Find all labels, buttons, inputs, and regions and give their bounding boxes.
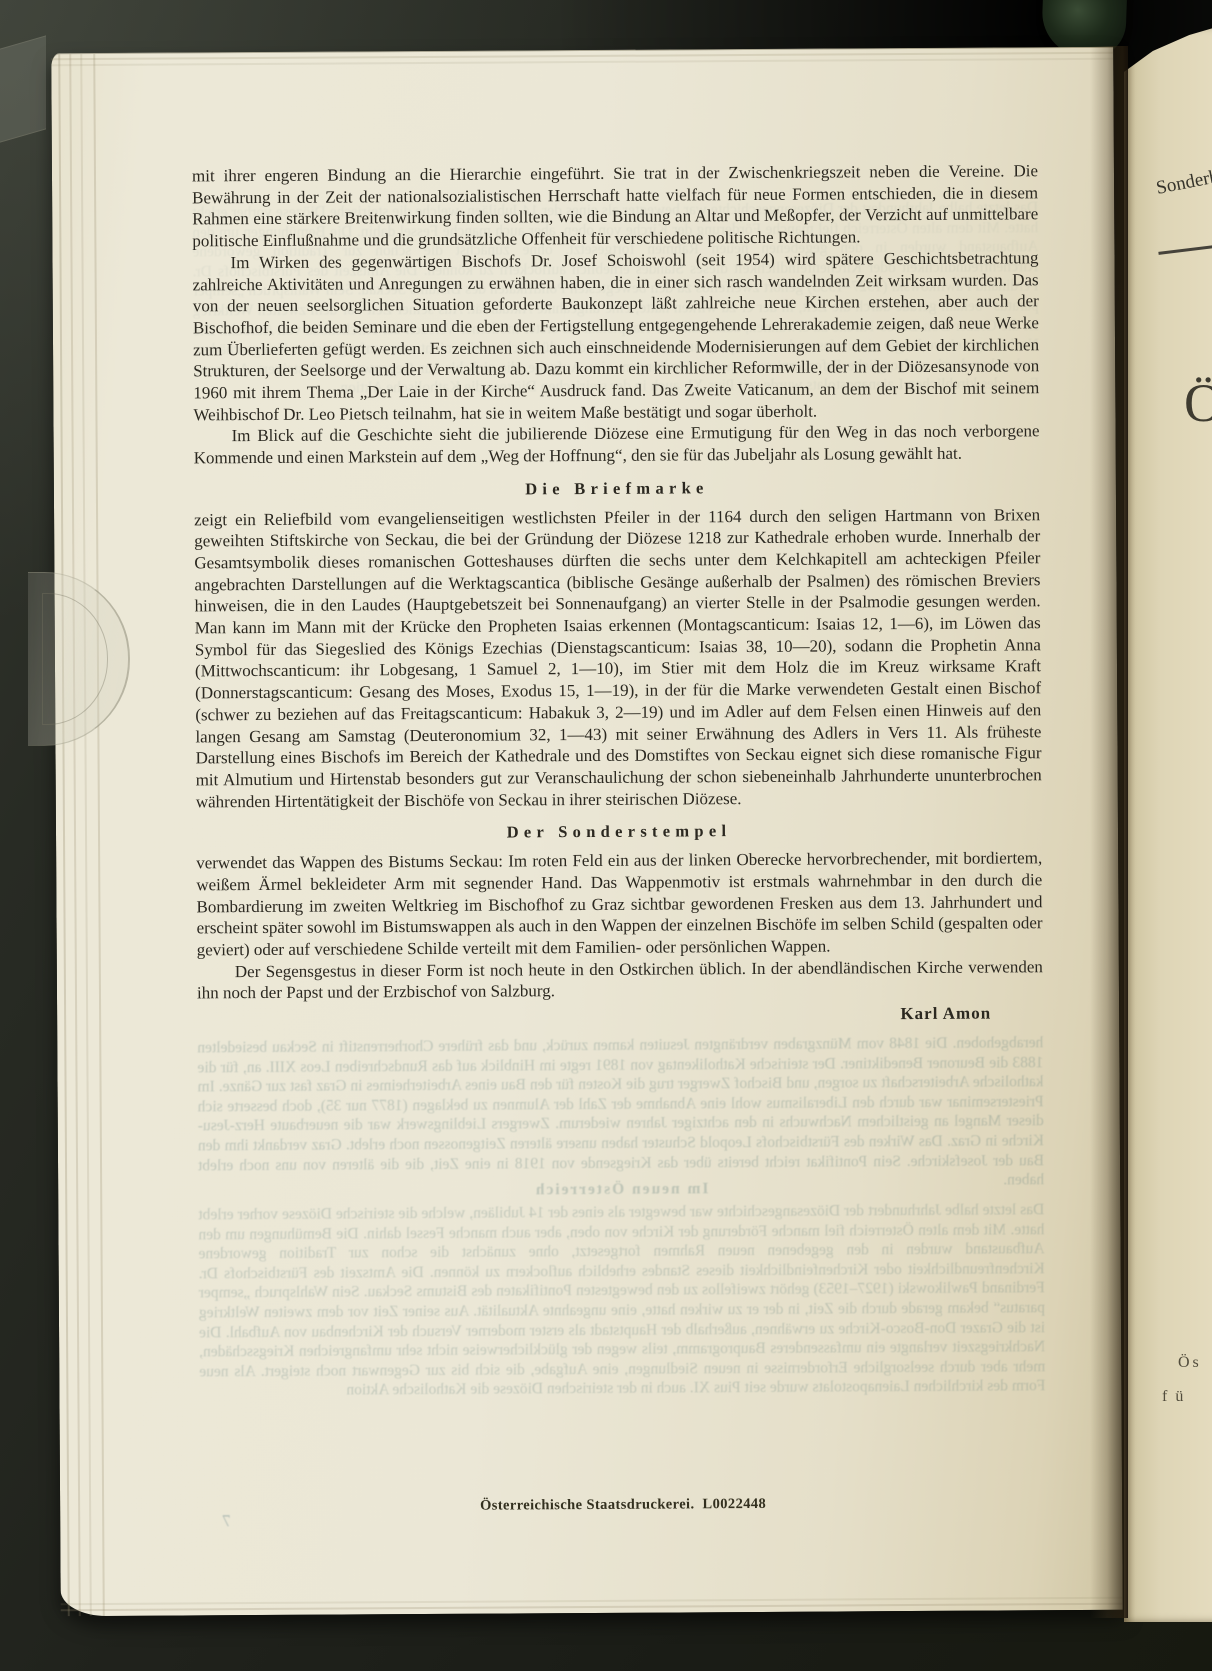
right-page-text-fragment: f ü — [1162, 1388, 1185, 1406]
paragraph: Der Segensgestus in dieser Form ist noch… — [197, 956, 1043, 1005]
bleed-through-text: Das letzte halbe Jahrhundert der Diözesa… — [198, 1200, 1045, 1401]
paragraph: Im Wirken des gegenwärtigen Bischofs Dr.… — [192, 247, 1039, 426]
author-signature: Karl Amon — [197, 1002, 1043, 1029]
right-book-page: Sonderb Ö Ös f ü — [1124, 26, 1212, 1622]
page-edge-line — [58, 54, 70, 1616]
section-heading-briefmarke: Die Briefmarke — [194, 475, 1040, 502]
right-page-rule — [1158, 236, 1212, 254]
paragraph: zeigt ein Reliefbild vom evangelienseiti… — [194, 504, 1042, 813]
book-gutter — [1090, 46, 1128, 1618]
page-holder-inner-edge — [42, 593, 108, 725]
paragraph: mit ihrer engeren Bindung an die Hierarc… — [192, 160, 1039, 252]
imprint-footer: Österreichische Staatsdruckerei. L002244… — [200, 1494, 1046, 1516]
text-column: mit ihrer engeren Bindung an die Hierarc… — [192, 160, 1043, 1029]
bleed-through-text: herabgehoben. Die 1848 vom Münzgraben ve… — [197, 1033, 1044, 1195]
scanned-book-spread: Das letzte halbe Jahrhundert der Diözesa… — [0, 0, 1212, 1671]
bleed-through-heading: Im neuen Österreich — [198, 1178, 1044, 1201]
left-book-page: Das letzte halbe Jahrhundert der Diözesa… — [51, 47, 1123, 1616]
right-page-large-letter: Ö — [1184, 372, 1212, 434]
right-page-text-fragment: Ös — [1178, 1354, 1202, 1372]
paragraph: Im Blick auf die Geschichte sieht die ju… — [194, 421, 1040, 470]
paragraph: verwendet das Wappen des Bistums Seckau:… — [196, 847, 1043, 961]
page-edge-line — [80, 54, 92, 1616]
page-edge-line — [93, 54, 105, 1616]
section-heading-sonderstempel: Der Sonderstempel — [196, 819, 1042, 846]
right-page-header-fragment: Sonderb — [1154, 166, 1212, 200]
page-holder-arm — [0, 35, 46, 150]
page-edge-line — [69, 54, 81, 1616]
